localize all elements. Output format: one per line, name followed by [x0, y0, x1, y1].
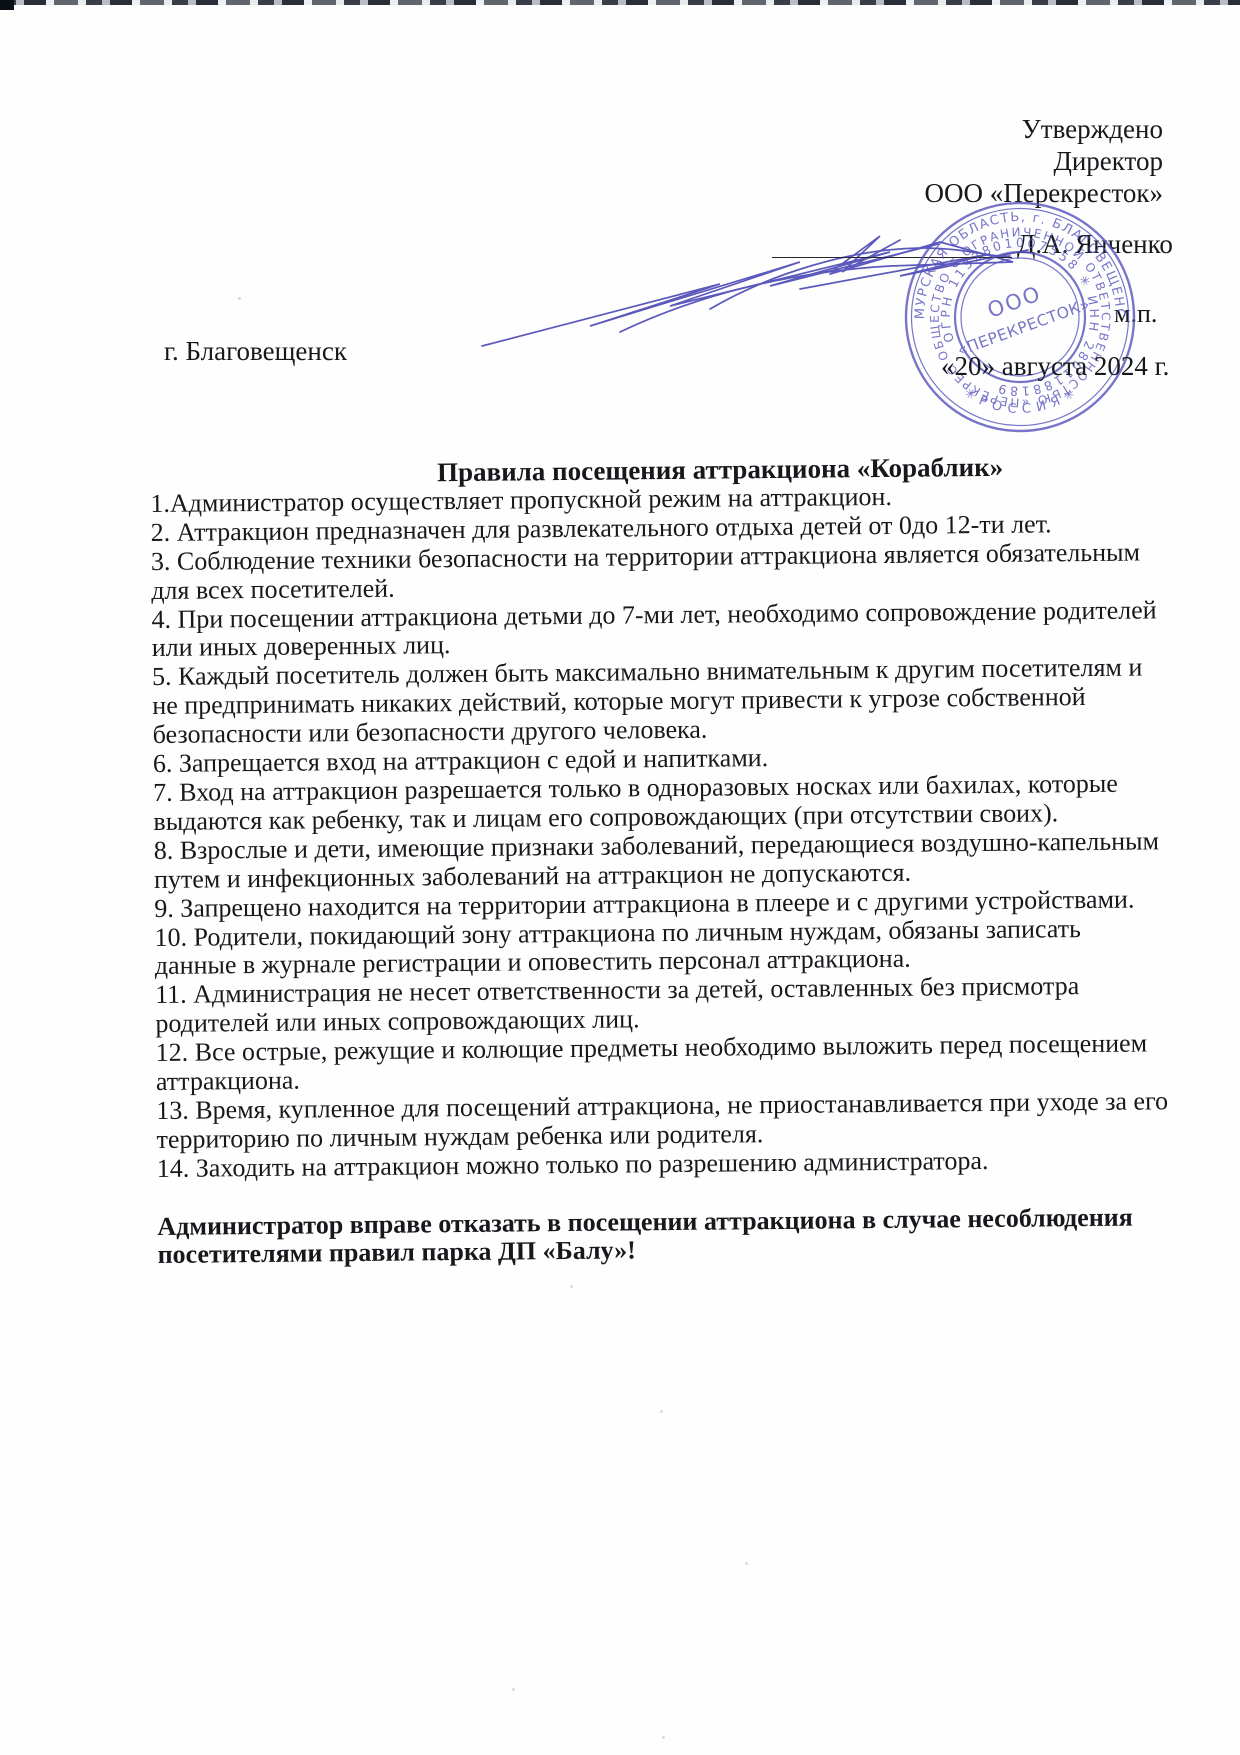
scan-speckle	[660, 1410, 663, 1413]
approved-label: Утверждено	[924, 113, 1163, 145]
refusal-warning-note: Администратор вправе отказать в посещени…	[157, 1203, 1178, 1271]
rules-list: 1.Администратор осуществляет пропускной …	[150, 480, 1177, 1184]
rule-item-13: 13. Время, купленное для посещений аттра…	[156, 1087, 1177, 1155]
scan-speckle	[570, 1285, 573, 1288]
director-label: Директор	[924, 145, 1163, 177]
document-page: Утверждено Директор ООО «Перекресток» Д.…	[0, 0, 1240, 1755]
scan-artifact-top-streak	[0, 0, 1240, 5]
rules-body: Правила посещения аттракциона «Кораблик»…	[150, 451, 1178, 1270]
scan-artifact-corner	[0, 0, 14, 10]
scan-speckle	[238, 297, 241, 300]
company-stamp: АМУРСКАЯ ОБЛАСТЬ, г. БЛАГОВЕЩЕНСК ✳ Р О …	[895, 192, 1145, 442]
rule-item-3: 3. Соблюдение техники безопасности на те…	[151, 538, 1172, 606]
scan-speckle	[745, 1562, 748, 1565]
rule-item-8: 8. Взрослые и дети, имеющие признаки заб…	[154, 827, 1175, 895]
scan-speckle	[512, 1688, 515, 1691]
document-date: «20» августа 2024 г.	[941, 351, 1169, 382]
city-label: г. Благовещенск	[164, 336, 347, 367]
rule-item-7: 7. Вход на аттракцион разрешается только…	[153, 769, 1174, 837]
scan-speckle	[662, 1736, 665, 1739]
rule-item-5: 5. Каждый посетитель должен быть максима…	[152, 654, 1173, 751]
